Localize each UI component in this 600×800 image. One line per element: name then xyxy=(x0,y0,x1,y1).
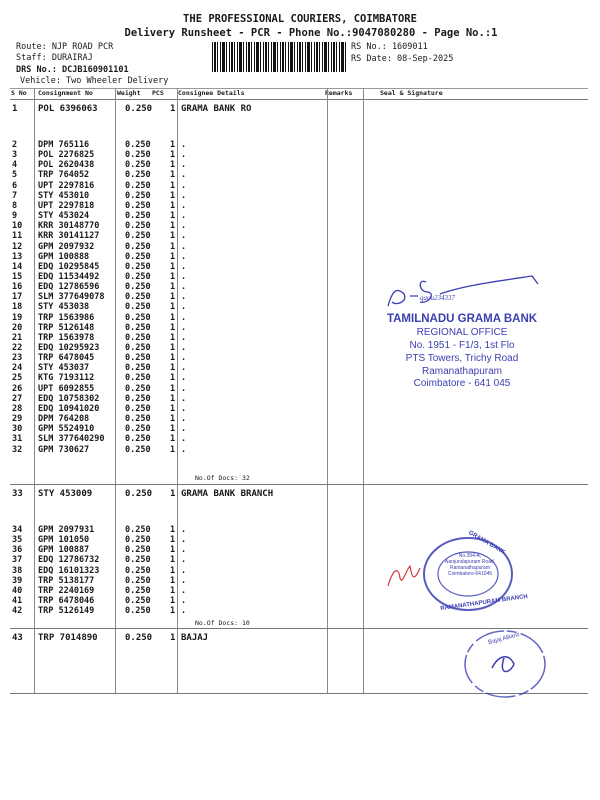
cell-pcs: 1 xyxy=(170,373,175,383)
cell-sno: 10 xyxy=(12,221,22,231)
cell-consignee-details: . xyxy=(181,576,186,586)
cell-weight: 0.250 xyxy=(125,231,151,241)
cell-pcs: 1 xyxy=(170,566,175,576)
cell-sno: 25 xyxy=(12,373,22,383)
stamp-line: TAMILNADU GRAMA BANK xyxy=(362,313,562,325)
col-header-consignment: Consignment No xyxy=(38,89,93,97)
cell-consignee-details: . xyxy=(181,221,186,231)
table-row: 28EDQ 109410200.2501. xyxy=(0,404,600,415)
cell-consignee-details: . xyxy=(181,140,186,150)
cell-weight: 0.250 xyxy=(125,596,151,606)
cell-sno: 6 xyxy=(12,181,17,191)
cell-weight: 0.250 xyxy=(125,586,151,596)
cell-consignee-details: . xyxy=(181,282,186,292)
cell-consignment-no: POL 2620438 xyxy=(38,160,94,170)
cell-pcs: 1 xyxy=(170,545,175,555)
cell-weight: 0.250 xyxy=(125,150,151,160)
cell-pcs: 1 xyxy=(170,606,175,616)
table-row: 4POL 26204380.2501. xyxy=(0,160,600,171)
cell-weight: 0.250 xyxy=(125,104,152,114)
cell-consignment-no: TRP 1563978 xyxy=(38,333,94,343)
table-row: 10KRR 301487700.2501. xyxy=(0,221,600,232)
cell-weight: 0.250 xyxy=(125,221,151,231)
cell-pcs: 1 xyxy=(170,104,175,114)
cell-pcs: 1 xyxy=(170,302,175,312)
cell-consignment-no: EDQ 11534492 xyxy=(38,272,99,282)
cell-consignee-details: . xyxy=(181,394,186,404)
stamp-line: PTS Towers, Trichy Road xyxy=(362,353,562,364)
table-row: 9STY 4530240.2501. xyxy=(0,211,600,222)
table-row: 2DPM 7651160.2501. xyxy=(0,140,600,151)
cell-weight: 0.250 xyxy=(125,434,151,444)
cell-weight: 0.250 xyxy=(125,191,151,201)
cell-consignee-details: . xyxy=(181,414,186,424)
table-row: 6UPT 22978160.2501. xyxy=(0,181,600,192)
cell-weight: 0.250 xyxy=(125,424,151,434)
cell-pcs: 1 xyxy=(170,489,175,499)
branch-stamp-address: No.394-A, Nanjundapuram Road, Ramanathap… xyxy=(442,553,498,577)
cell-sno: 23 xyxy=(12,353,22,363)
cell-sno: 37 xyxy=(12,555,22,565)
cell-consignment-no: TRP 5126149 xyxy=(38,606,94,616)
cell-weight: 0.250 xyxy=(125,545,151,555)
table-top-border xyxy=(10,88,588,89)
cell-weight: 0.250 xyxy=(125,414,151,424)
cell-sno: 17 xyxy=(12,292,22,302)
cell-weight: 0.250 xyxy=(125,445,151,455)
cell-weight: 0.250 xyxy=(125,181,151,191)
cell-sno: 36 xyxy=(12,545,22,555)
table-row: 7STY 4530100.2501. xyxy=(0,191,600,202)
cell-pcs: 1 xyxy=(170,363,175,373)
cell-pcs: 1 xyxy=(170,424,175,434)
cell-consignment-no: POL 2276825 xyxy=(38,150,94,160)
cell-pcs: 1 xyxy=(170,394,175,404)
cell-pcs: 1 xyxy=(170,282,175,292)
cell-weight: 0.250 xyxy=(125,343,151,353)
cell-sno: 9 xyxy=(12,211,17,221)
cell-sno: 29 xyxy=(12,414,22,424)
cell-consignment-no: EDQ 12786596 xyxy=(38,282,99,292)
cell-pcs: 1 xyxy=(170,586,175,596)
docs-count: No.Of Docs: 10 xyxy=(195,619,250,627)
cell-weight: 0.250 xyxy=(125,201,151,211)
cell-pcs: 1 xyxy=(170,353,175,363)
table-row: 3POL 22768250.2501. xyxy=(0,150,600,161)
cell-consignee-details: . xyxy=(181,191,186,201)
company-title: THE PROFESSIONAL COURIERS, COIMBATORE xyxy=(0,13,600,25)
cell-weight: 0.250 xyxy=(125,170,151,180)
cell-sno: 38 xyxy=(12,566,22,576)
cell-pcs: 1 xyxy=(170,445,175,455)
cell-weight: 0.250 xyxy=(125,211,151,221)
signature-branch xyxy=(384,560,424,590)
cell-consignee-details: . xyxy=(181,424,186,434)
cell-consignment-no: GPM 100887 xyxy=(38,545,89,555)
cell-weight: 0.250 xyxy=(125,160,151,170)
drs-number: DRS No.: DCJB160901101 xyxy=(16,65,129,75)
cell-pcs: 1 xyxy=(170,160,175,170)
cell-consignment-no: STY 453037 xyxy=(38,363,89,373)
cell-consignee-details: . xyxy=(181,262,186,272)
cell-consignee-details: GRAMA BANK BRANCH xyxy=(181,489,273,499)
cell-sno: 34 xyxy=(12,525,22,535)
cell-pcs: 1 xyxy=(170,242,175,252)
cell-pcs: 1 xyxy=(170,633,175,643)
runsheet-subtitle: Delivery Runsheet - PCR - Phone No.:9047… xyxy=(0,27,600,39)
cell-sno: 22 xyxy=(12,343,22,353)
cell-consignee-details: . xyxy=(181,201,186,211)
cell-consignment-no: POL 6396063 xyxy=(38,104,98,114)
cell-pcs: 1 xyxy=(170,262,175,272)
cell-consignee-details: . xyxy=(181,272,186,282)
cell-consignee-details: . xyxy=(181,343,186,353)
col-header-remarks: Remarks xyxy=(325,89,352,97)
cell-pcs: 1 xyxy=(170,535,175,545)
cell-sno: 33 xyxy=(12,489,23,499)
table-row: 8UPT 22978180.2501. xyxy=(0,201,600,212)
cell-pcs: 1 xyxy=(170,181,175,191)
cell-sno: 8 xyxy=(12,201,17,211)
cell-weight: 0.250 xyxy=(125,292,151,302)
cell-consignee-details: . xyxy=(181,555,186,565)
cell-consignee-details: . xyxy=(181,292,186,302)
cell-consignee-details: . xyxy=(181,566,186,576)
cell-pcs: 1 xyxy=(170,201,175,211)
cell-weight: 0.250 xyxy=(125,555,151,565)
cell-consignment-no: STY 453038 xyxy=(38,302,89,312)
cell-pcs: 1 xyxy=(170,272,175,282)
cell-weight: 0.250 xyxy=(125,242,151,252)
cell-pcs: 1 xyxy=(170,596,175,606)
table-row: 27EDQ 107583020.2501. xyxy=(0,394,600,405)
cell-consignment-no: EDQ 12786732 xyxy=(38,555,99,565)
cell-sno: 1 xyxy=(12,104,17,114)
cell-pcs: 1 xyxy=(170,252,175,262)
header-bottom-border xyxy=(10,99,588,100)
vehicle-label: Vehicle: Two Wheeler Delivery xyxy=(20,76,168,86)
cell-pcs: 1 xyxy=(170,404,175,414)
cell-weight: 0.250 xyxy=(125,373,151,383)
col-header-sno: S No xyxy=(11,89,27,97)
cell-consignment-no: STY 453009 xyxy=(38,489,92,499)
cell-pcs: 1 xyxy=(170,555,175,565)
cell-consignee-details: . xyxy=(181,586,186,596)
cell-sno: 18 xyxy=(12,302,22,312)
cell-pcs: 1 xyxy=(170,211,175,221)
cell-consignment-no: UPT 6092855 xyxy=(38,384,94,394)
cell-consignee-details: . xyxy=(181,434,186,444)
cell-consignee-details: GRAMA BANK RO xyxy=(181,104,251,114)
cell-consignment-no: GPM 100888 xyxy=(38,252,89,262)
table-row: 5TRP 7640520.2501. xyxy=(0,170,600,181)
cell-weight: 0.250 xyxy=(125,272,151,282)
cell-weight: 0.250 xyxy=(125,394,151,404)
cell-weight: 0.250 xyxy=(125,302,151,312)
cell-consignee-details: . xyxy=(181,596,186,606)
cell-consignment-no: SLM 377640290 xyxy=(38,434,105,444)
cell-consignee-details: . xyxy=(181,313,186,323)
cell-sno: 4 xyxy=(12,160,17,170)
cell-consignee-details: . xyxy=(181,363,186,373)
col-header-consignee: Consignee Details xyxy=(178,89,245,97)
cell-consignee-details: BAJAJ xyxy=(181,633,208,643)
cell-consignment-no: TRP 5138177 xyxy=(38,576,94,586)
cell-consignment-no: TRP 6478046 xyxy=(38,596,94,606)
stamp-line: REGIONAL OFFICE xyxy=(362,327,562,338)
cell-weight: 0.250 xyxy=(125,323,151,333)
cell-sno: 42 xyxy=(12,606,22,616)
cell-sno: 30 xyxy=(12,424,22,434)
cell-consignee-details: . xyxy=(181,211,186,221)
table-row: 12GPM 20979320.2501. xyxy=(0,242,600,253)
col-header-pcs: PCS xyxy=(152,89,164,97)
cell-weight: 0.250 xyxy=(125,576,151,586)
cell-pcs: 1 xyxy=(170,333,175,343)
table-row: 32GPM 7306270.2501. xyxy=(0,445,600,456)
cell-pcs: 1 xyxy=(170,140,175,150)
cell-sno: 40 xyxy=(12,586,22,596)
docs-count: No.Of Docs: 32 xyxy=(195,474,250,482)
table-row: 29DPM 7642080.2501. xyxy=(0,414,600,425)
stamp-line: Coimbatore - 641 045 xyxy=(362,378,562,389)
cell-weight: 0.250 xyxy=(125,525,151,535)
cell-consignee-details: . xyxy=(181,252,186,262)
table-row: 14EDQ 102958450.2501. xyxy=(0,262,600,273)
cell-pcs: 1 xyxy=(170,313,175,323)
table-row: 33STY 4530090.2501GRAMA BANK BRANCH xyxy=(0,489,600,500)
cell-sno: 43 xyxy=(12,633,23,643)
cell-consignment-no: TRP 7014890 xyxy=(38,633,98,643)
cell-pcs: 1 xyxy=(170,343,175,353)
cell-consignment-no: TRP 2240169 xyxy=(38,586,94,596)
cell-sno: 39 xyxy=(12,576,22,586)
table-row: 31SLM 3776402900.2501. xyxy=(0,434,600,445)
cell-sno: 26 xyxy=(12,384,22,394)
cell-consignment-no: STY 453024 xyxy=(38,211,89,221)
col-header-seal: Seal & Signature xyxy=(380,89,443,97)
cell-consignee-details: . xyxy=(181,404,186,414)
cell-weight: 0.250 xyxy=(125,252,151,262)
cell-sno: 31 xyxy=(12,434,22,444)
cell-consignment-no: GPM 2097931 xyxy=(38,525,94,535)
route-label: Route: NJP ROAD PCR xyxy=(16,42,113,52)
cell-consignee-details: . xyxy=(181,181,186,191)
cell-weight: 0.250 xyxy=(125,384,151,394)
cell-sno: 28 xyxy=(12,404,22,414)
cell-pcs: 1 xyxy=(170,191,175,201)
cell-sno: 21 xyxy=(12,333,22,343)
cell-consignee-details: . xyxy=(181,323,186,333)
cell-sno: 7 xyxy=(12,191,17,201)
table-row: 11KRR 301411270.2501. xyxy=(0,231,600,242)
cell-sno: 32 xyxy=(12,445,22,455)
cell-consignment-no: EDQ 10758302 xyxy=(38,394,99,404)
table-row: 30GPM 55249100.2501. xyxy=(0,424,600,435)
cell-weight: 0.250 xyxy=(125,363,151,373)
cell-consignment-no: TRP 764052 xyxy=(38,170,89,180)
cell-sno: 41 xyxy=(12,596,22,606)
cell-consignee-details: . xyxy=(181,525,186,535)
cell-consignee-details: . xyxy=(181,545,186,555)
cell-pcs: 1 xyxy=(170,384,175,394)
cell-sno: 11 xyxy=(12,231,22,241)
cell-sno: 20 xyxy=(12,323,22,333)
cell-sno: 24 xyxy=(12,363,22,373)
cell-consignment-no: KRR 30141127 xyxy=(38,231,99,241)
cell-weight: 0.250 xyxy=(125,489,152,499)
cell-consignment-no: KTG 7193112 xyxy=(38,373,94,383)
cell-sno: 35 xyxy=(12,535,22,545)
cell-sno: 12 xyxy=(12,242,22,252)
cell-pcs: 1 xyxy=(170,170,175,180)
stamp-line: Ramanathapuram xyxy=(362,366,562,377)
cell-weight: 0.250 xyxy=(125,353,151,363)
cell-sno: 2 xyxy=(12,140,17,150)
cell-consignee-details: . xyxy=(181,150,186,160)
cell-consignment-no: SLM 377649078 xyxy=(38,292,105,302)
cell-weight: 0.250 xyxy=(125,404,151,414)
cell-consignment-no: TRP 5126148 xyxy=(38,323,94,333)
cell-weight: 0.250 xyxy=(125,262,151,272)
cell-consignee-details: . xyxy=(181,373,186,383)
cell-consignee-details: . xyxy=(181,231,186,241)
cell-sno: 5 xyxy=(12,170,17,180)
rs-date: RS Date: 08-Sep-2025 xyxy=(351,54,453,64)
cell-consignment-no: TRP 6478045 xyxy=(38,353,94,363)
cell-pcs: 1 xyxy=(170,292,175,302)
staff-label: Staff: DURAIRAJ xyxy=(16,53,93,63)
cell-consignee-details: . xyxy=(181,333,186,343)
cell-consignee-details: . xyxy=(181,302,186,312)
rs-number: RS No.: 1609011 xyxy=(351,42,428,52)
table-row: 1POL 63960630.2501GRAMA BANK RO xyxy=(0,104,600,115)
signature-regional xyxy=(382,272,542,312)
cell-pcs: 1 xyxy=(170,525,175,535)
cell-consignee-details: . xyxy=(181,170,186,180)
cell-pcs: 1 xyxy=(170,414,175,424)
cell-sno: 15 xyxy=(12,272,22,282)
cell-pcs: 1 xyxy=(170,434,175,444)
cell-sno: 19 xyxy=(12,313,22,323)
table-row: 13GPM 1008880.2501. xyxy=(0,252,600,263)
cell-consignment-no: GPM 2097932 xyxy=(38,242,94,252)
cell-consignee-details: . xyxy=(181,160,186,170)
cell-consignment-no: GPM 730627 xyxy=(38,445,89,455)
cell-sno: 16 xyxy=(12,282,22,292)
signature-emp-id: qauu234337 xyxy=(420,294,455,302)
cell-consignment-no: EDQ 10941020 xyxy=(38,404,99,414)
stamp-line: No. 1951 - F1/3, 1st Flo xyxy=(362,340,562,351)
cell-consignment-no: EDQ 10295923 xyxy=(38,343,99,353)
cell-weight: 0.250 xyxy=(125,333,151,343)
cell-consignee-details: . xyxy=(181,535,186,545)
cell-weight: 0.250 xyxy=(125,566,151,576)
cell-weight: 0.250 xyxy=(125,633,152,643)
cell-pcs: 1 xyxy=(170,323,175,333)
barcode xyxy=(212,42,348,72)
cell-consignee-details: . xyxy=(181,606,186,616)
cell-pcs: 1 xyxy=(170,150,175,160)
cell-weight: 0.250 xyxy=(125,313,151,323)
cell-weight: 0.250 xyxy=(125,282,151,292)
table-row: 34GPM 20979310.2501. xyxy=(0,525,600,536)
cell-sno: 3 xyxy=(12,150,17,160)
cell-consignment-no: DPM 765116 xyxy=(38,140,89,150)
cell-consignment-no: UPT 2297818 xyxy=(38,201,94,211)
cell-consignment-no: STY 453010 xyxy=(38,191,89,201)
cell-pcs: 1 xyxy=(170,231,175,241)
cell-consignee-details: . xyxy=(181,353,186,363)
cell-consignment-no: EDQ 16101323 xyxy=(38,566,99,576)
cell-consignment-no: EDQ 10295845 xyxy=(38,262,99,272)
cell-sno: 14 xyxy=(12,262,22,272)
cell-weight: 0.250 xyxy=(125,140,151,150)
group-separator xyxy=(10,484,588,485)
cell-pcs: 1 xyxy=(170,221,175,231)
cell-consignment-no: GPM 5524910 xyxy=(38,424,94,434)
cell-consignment-no: KRR 30148770 xyxy=(38,221,99,231)
cell-consignment-no: GPM 101050 xyxy=(38,535,89,545)
cell-consignee-details: . xyxy=(181,384,186,394)
cell-weight: 0.250 xyxy=(125,606,151,616)
cell-consignment-no: TRP 1563986 xyxy=(38,313,94,323)
cell-sno: 13 xyxy=(12,252,22,262)
cell-weight: 0.250 xyxy=(125,535,151,545)
cell-consignee-details: . xyxy=(181,242,186,252)
cell-consignee-details: . xyxy=(181,445,186,455)
col-header-weight: Weight xyxy=(117,89,140,97)
cell-consignment-no: DPM 764208 xyxy=(38,414,89,424)
cell-sno: 27 xyxy=(12,394,22,404)
cell-pcs: 1 xyxy=(170,576,175,586)
cell-consignment-no: UPT 2297816 xyxy=(38,181,94,191)
